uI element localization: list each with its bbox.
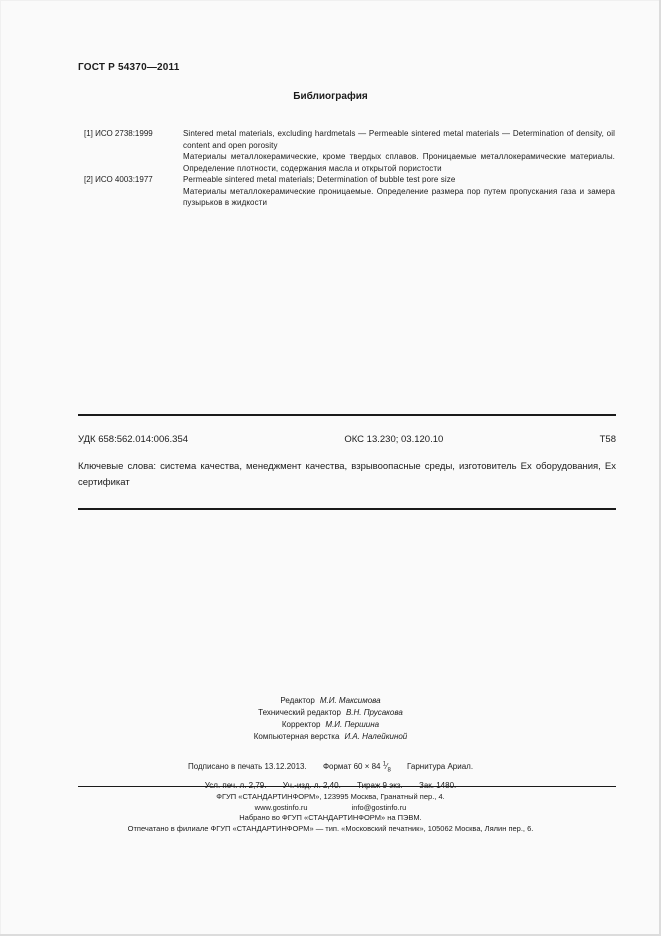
udk-code: УДК 658:562.014:006.354 [78,434,188,445]
imprint-typeface: Гарнитура Ариал. [407,762,473,771]
publisher-website: www.gostinfo.ru [255,803,308,812]
bibliography-entry-title-ru: Материалы металлокерамические, кроме тве… [183,151,615,174]
credit-role: Компьютерная верстка [254,732,340,741]
publisher-block: ФГУП «СТАНДАРТИНФОРМ», 123995 Москва, Гр… [0,792,661,834]
horizontal-rule-top [78,414,616,416]
bibliography-entry-title-en: Permeable sintered metal materials; Dete… [183,174,615,186]
credit-name: М.И. Максимова [320,696,381,705]
publisher-contacts: www.gostinfo.ruinfo@gostinfo.ru [0,803,661,814]
credit-role: Редактор [280,696,314,705]
bibliography-entry: [2] ИСО 4003:1977 Permeable sintered met… [84,174,615,209]
section-title: Библиография [0,91,661,102]
credit-name: И.А. Налейкиной [344,732,407,741]
index-code: Т58 [600,434,616,445]
credits-block: РедакторМ.И. Максимова Технический редак… [0,695,661,743]
doc-code: ГОСТ Р 54370—2011 [78,62,180,73]
horizontal-rule-middle [78,508,616,510]
publisher-address: ФГУП «СТАНДАРТИНФОРМ», 123995 Москва, Гр… [0,792,661,803]
imprint-block: Подписано в печать 13.12.2013. Формат 60… [0,757,661,793]
bibliography-entry-label: [1] ИСО 2738:1999 [84,128,183,174]
publisher-email: info@gostinfo.ru [352,803,407,812]
keywords-line: Ключевые слова: система качества, менедж… [78,459,616,490]
bibliography-entry-text: Permeable sintered metal materials; Dete… [183,174,615,209]
fraction: 1⁄8 [383,762,391,771]
classification-row: УДК 658:562.014:006.354 ОКС 13.230; 03.1… [78,434,616,445]
credit-line: РедакторМ.И. Максимова [0,695,661,707]
imprint-signed-date: Подписано в печать 13.12.2013. [188,762,307,771]
publisher-printed-note: Отпечатано в филиале ФГУП «СТАНДАРТИНФОР… [0,824,661,835]
credit-line: Компьютерная версткаИ.А. Налейкиной [0,731,661,743]
bibliography-entry-title-en: Sintered metal materials, excluding hard… [183,128,615,151]
credit-line: Технический редакторВ.Н. Прусакова [0,707,661,719]
bibliography-list: [1] ИСО 2738:1999 Sintered metal materia… [84,128,615,209]
bibliography-entry-label: [2] ИСО 4003:1977 [84,174,183,209]
credit-name: М.И. Першина [325,720,379,729]
imprint-format: Формат 60 × 84 1⁄8 [323,762,391,771]
bibliography-entry-text: Sintered metal materials, excluding hard… [183,128,615,174]
credit-name: В.Н. Прусакова [346,708,403,717]
imprint-line-1: Подписано в печать 13.12.2013. Формат 60… [0,757,661,778]
publisher-typeset-note: Набрано во ФГУП «СТАНДАРТИНФОРМ» на ПЭВМ… [0,813,661,824]
oks-code: ОКС 13.230; 03.120.10 [344,434,443,445]
credit-role: Технический редактор [258,708,341,717]
bibliography-entry-title-ru: Материалы металлокерамические проницаемы… [183,186,615,209]
horizontal-rule-bottom [78,786,616,787]
credit-role: Корректор [282,720,321,729]
credit-line: КорректорМ.И. Першина [0,719,661,731]
document-page: ГОСТ Р 54370—2011 Библиография [1] ИСО 2… [0,0,661,936]
bibliography-entry: [1] ИСО 2738:1999 Sintered metal materia… [84,128,615,174]
